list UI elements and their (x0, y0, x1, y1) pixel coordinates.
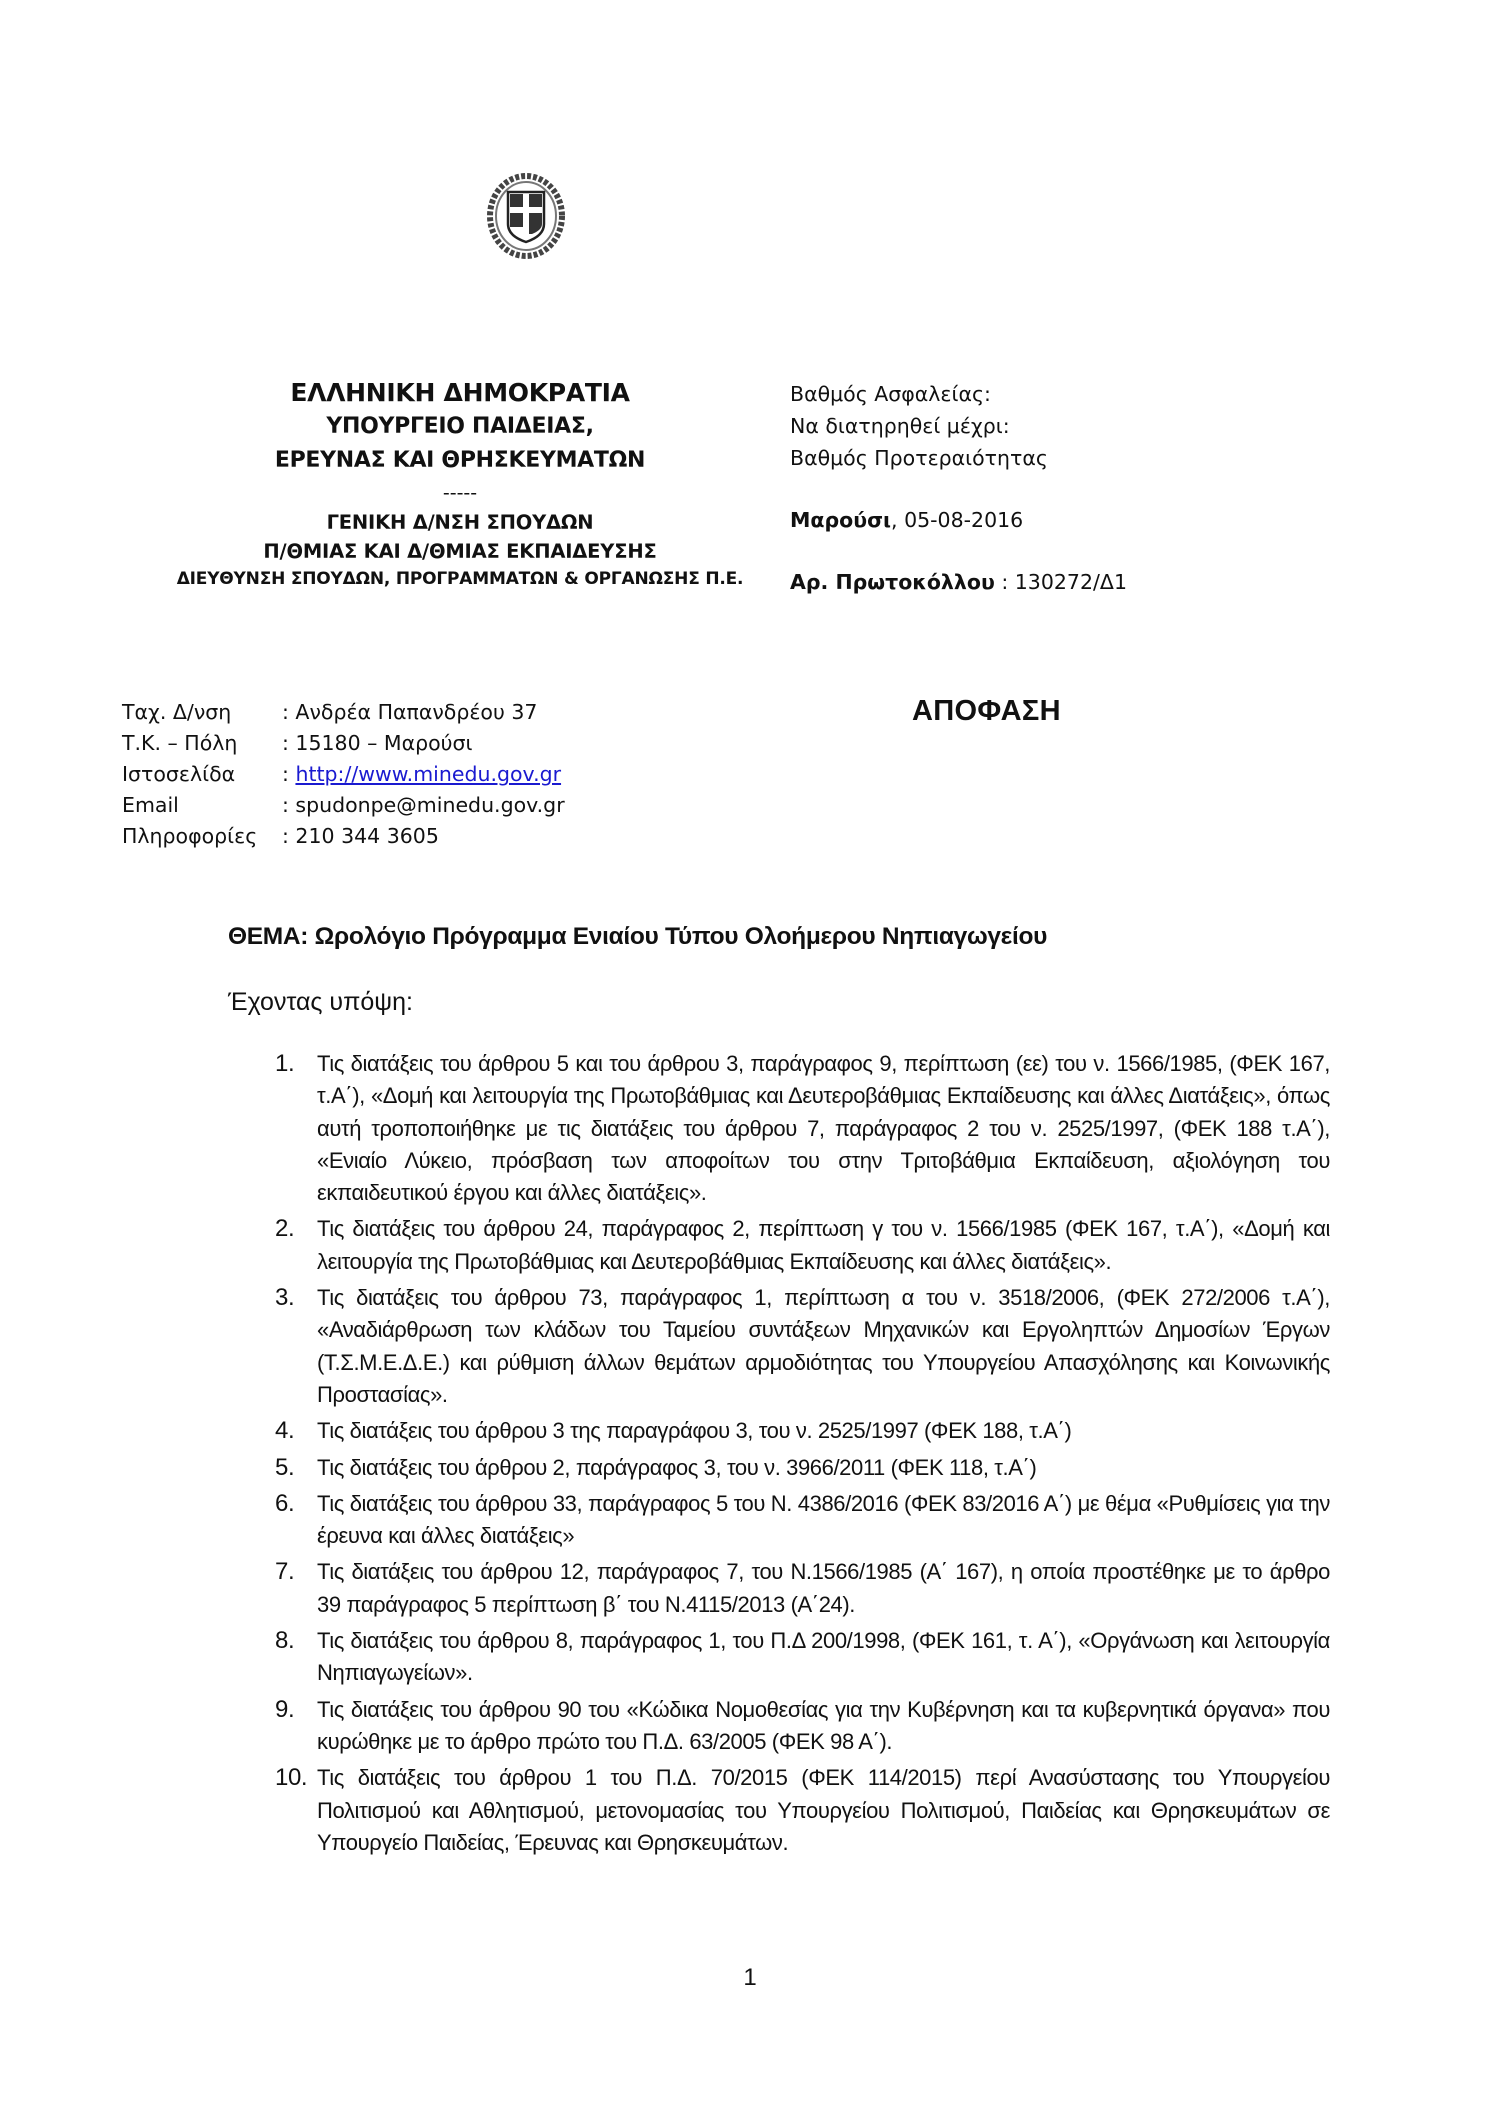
document-page: ΕΛΛΗΝΙΚΗ ΔΗΜΟΚΡΑΤΙΑ ΥΠΟΥΡΓΕΙΟ ΠΑΙΔΕΙΑΣ, … (0, 0, 1500, 2121)
document-meta-block: Βαθμός Ασφαλείας: Να διατηρηθεί μέχρι: Β… (790, 378, 1127, 598)
directorate-line-1: ΓΕΝΙΚΗ Δ/ΝΣΗ ΣΠΟΥΔΩΝ (180, 508, 740, 537)
list-item: 8.Τις διατάξεις του άρθρου 8, παράγραφος… (275, 1625, 1330, 1690)
protocol-value: : 130272/Δ1 (995, 570, 1127, 594)
list-item: 7.Τις διατάξεις του άρθρου 12, παράγραφο… (275, 1556, 1330, 1621)
list-item: 10.Τις διατάξεις του άρθρου 1 του Π.Δ. 7… (275, 1762, 1330, 1859)
greek-coat-of-arms-icon (486, 172, 566, 260)
list-item: 3.Τις διατάξεις του άρθρου 73, παράγραφο… (275, 1282, 1330, 1411)
list-item: 9.Τις διατάξεις του άρθρου 90 του «Κώδικ… (275, 1694, 1330, 1759)
contact-row-phone: Πληροφορίες : 210 344 3605 (122, 821, 565, 852)
list-item: 5.Τις διατάξεις του άρθρου 2, παράγραφος… (275, 1452, 1330, 1484)
contact-row-website: Ιστοσελίδα : http://www.minedu.gov.gr (122, 759, 565, 790)
ministry-line-2: ΕΡΕΥΝΑΣ ΚΑΙ ΘΡΗΣΚΕΥΜΑΤΩΝ (180, 444, 740, 478)
place-label: Μαρούσι (790, 508, 891, 532)
having-regard-heading: Έχοντας υπόψη: (228, 988, 413, 1017)
date-value: , 05-08-2016 (891, 508, 1023, 532)
subject-line: ΘΕΜΑ: Ωρολόγιο Πρόγραμμα Ενιαίου Τύπου Ο… (228, 923, 1047, 951)
protocol-label: Αρ. Πρωτοκόλλου (790, 570, 995, 594)
retain-until-label: Να διατηρηθεί μέχρι: (790, 410, 1127, 442)
separator: ----- (180, 478, 740, 508)
contact-block: Ταχ. Δ/νση : Ανδρέα Παπανδρέου 37 Τ.Κ. –… (122, 697, 565, 852)
place-date: Μαρούσι, 05-08-2016 (790, 504, 1127, 536)
security-level-label: Βαθμός Ασφαλείας: (790, 378, 1127, 410)
republic-heading: ΕΛΛΗΝΙΚΗ ΔΗΜΟΚΡΑΤΙΑ (180, 376, 740, 410)
contact-row-postcode: Τ.Κ. – Πόλη : 15180 – Μαρούσι (122, 728, 565, 759)
list-item: 2.Τις διατάξεις του άρθρου 24, παράγραφο… (275, 1213, 1330, 1278)
contact-row-address: Ταχ. Δ/νση : Ανδρέα Παπανδρέου 37 (122, 697, 565, 728)
protocol-number: Αρ. Πρωτοκόλλου : 130272/Δ1 (790, 566, 1127, 598)
list-item: 4.Τις διατάξεις του άρθρου 3 της παραγρά… (275, 1415, 1330, 1447)
list-item: 6.Τις διατάξεις του άρθρου 33, παράγραφο… (275, 1488, 1330, 1553)
website-link[interactable]: http://www.minedu.gov.gr (295, 759, 561, 790)
issuing-authority-block: ΕΛΛΗΝΙΚΗ ΔΗΜΟΚΡΑΤΙΑ ΥΠΟΥΡΓΕΙΟ ΠΑΙΔΕΙΑΣ, … (180, 376, 740, 593)
ministry-line-1: ΥΠΟΥΡΓΕΙΟ ΠΑΙΔΕΙΑΣ, (180, 410, 740, 444)
page-number: 1 (0, 1964, 1500, 1992)
considerations-list: 1.Τις διατάξεις του άρθρου 5 και του άρθ… (275, 1048, 1330, 1863)
contact-row-email: Email : spudonpe@minedu.gov.gr (122, 790, 565, 821)
decision-title: ΑΠΟΦΑΣΗ (912, 695, 1061, 728)
list-item: 1.Τις διατάξεις του άρθρου 5 και του άρθ… (275, 1048, 1330, 1209)
directorate-line-2: Π/ΘΜΙΑΣ ΚΑΙ Δ/ΘΜΙΑΣ ΕΚΠΑΙΔΕΥΣΗΣ (180, 537, 740, 566)
department-line: ΔΙΕΥΘΥΝΣΗ ΣΠΟΥΔΩΝ, ΠΡΟΓΡΑΜΜΑΤΩΝ & ΟΡΓΑΝΩ… (160, 566, 760, 593)
priority-level-label: Βαθμός Προτεραιότητας (790, 442, 1127, 474)
